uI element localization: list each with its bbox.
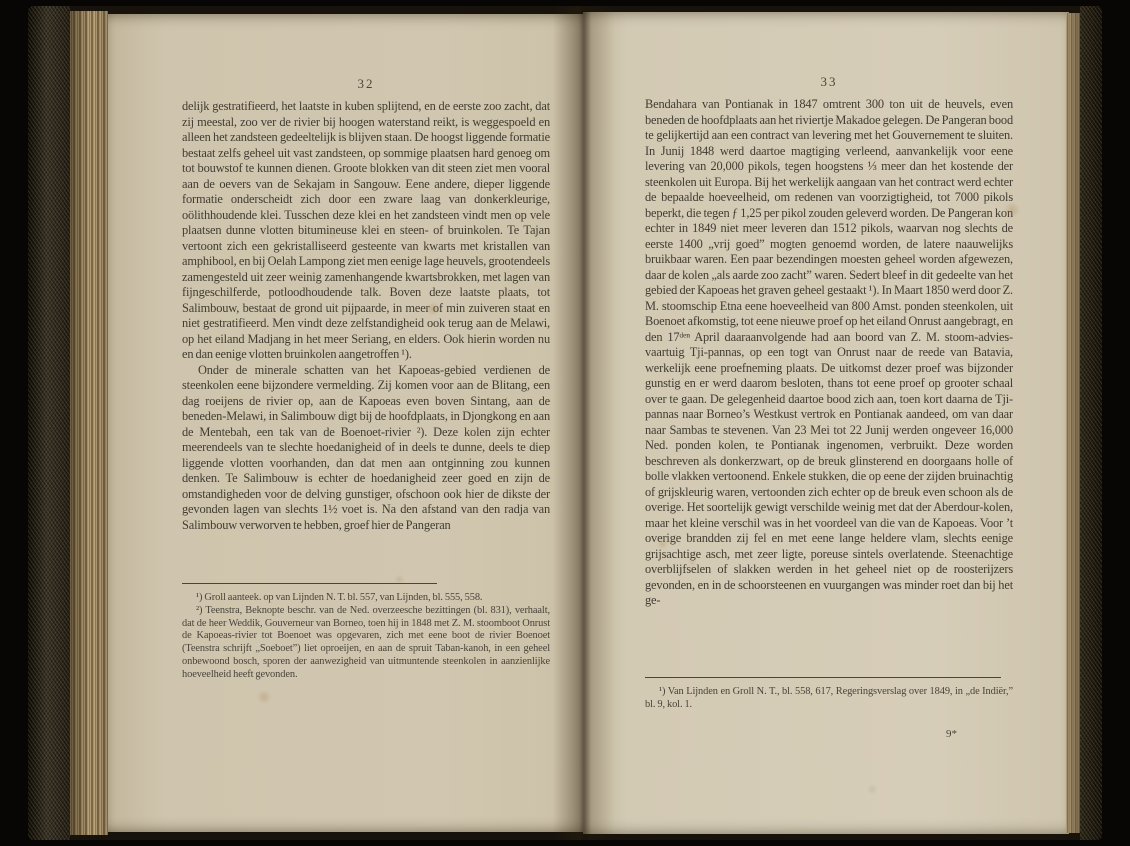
book-scan: 32 delijk gestratifieerd, het laatste in… [28, 6, 1102, 840]
page-33-body: Bendahara van Pontianak in 1847 omtrent … [645, 97, 1013, 663]
paragraph: Onder de minerale schatten van het Kapoe… [182, 363, 550, 534]
paragraph-continuation: delijk gestratifieerd, het laatste in ku… [182, 99, 550, 363]
page-number-left: 32 [182, 76, 550, 94]
book-cover-edge-right [1080, 6, 1102, 840]
page-32: 32 delijk gestratifieerd, het laatste in… [108, 14, 583, 832]
page-33-text-column: 33 Bendahara van Pontianak in 1847 omtre… [645, 12, 1013, 740]
page-32-body: delijk gestratifieerd, het laatste in ku… [182, 99, 550, 569]
footnote-1: ¹) Van Lijnden en Groll N. T., bl. 558, … [645, 686, 1013, 712]
page-number-right: 33 [645, 74, 1013, 92]
book-cover-edge-left [28, 6, 70, 840]
signature-mark: 9* [645, 728, 1013, 740]
footnote-rule [182, 583, 437, 584]
page-33: 33 Bendahara van Pontianak in 1847 omtre… [583, 12, 1069, 834]
page-edge-stack-left [70, 11, 108, 835]
paragraph-continuation: Bendahara van Pontianak in 1847 omtrent … [645, 97, 1013, 609]
footnote-2: ²) Teenstra, Beknopte beschr. van de Ned… [182, 605, 550, 682]
footnote-1: ¹) Groll aanteek. op van Lijnden N. T. b… [182, 592, 550, 605]
footnote-rule [645, 677, 1001, 678]
page-32-text-column: 32 delijk gestratifieerd, het laatste in… [182, 14, 550, 682]
page-edge-stack-right [1066, 13, 1080, 833]
